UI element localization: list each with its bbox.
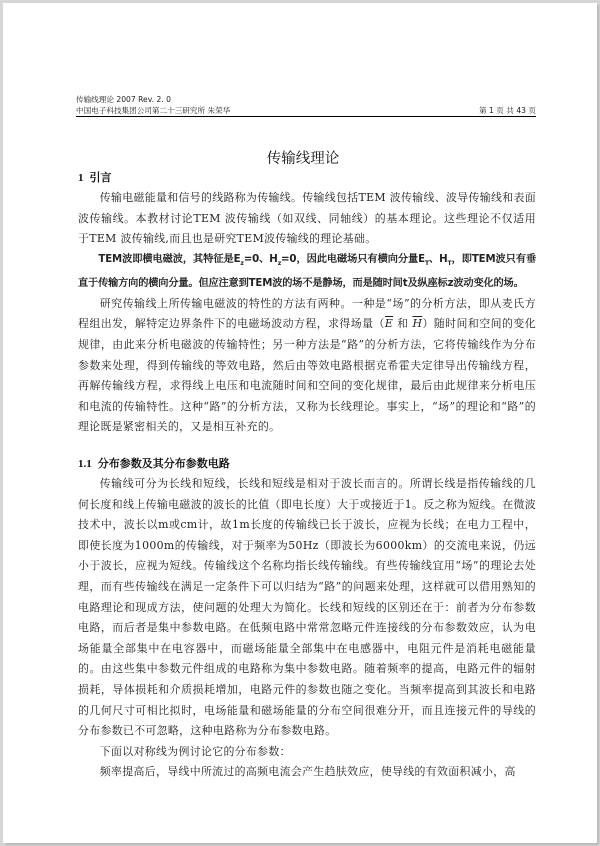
document-page: 传输线理论 2007 Rev. 2. 0 中国电子科技集团公司第二十三研究所 朱… bbox=[3, 3, 597, 843]
paragraph: 研究传输线上所传输电磁波的特性的方法有两种。一种是“场”的分析方法，即从麦氏方程… bbox=[78, 294, 536, 438]
header-line: 中国电子科技集团公司第二十三研究所 朱荣华 第 1 页 共 43 页 bbox=[76, 105, 536, 117]
paragraph: 传输电磁能量和信号的线路称为传输线。传输线包括TEM 波传输线、波导传输线和表面… bbox=[78, 188, 536, 250]
paragraph: 传输线可分为长线和短线，长线和短线是相对于波长而言的。所谓长线是指传输线的几何长… bbox=[78, 474, 536, 742]
page-header: 传输线理论 2007 Rev. 2. 0 中国电子科技集团公司第二十三研究所 朱… bbox=[76, 94, 536, 117]
section-number: 1.1 bbox=[78, 458, 92, 470]
section-title: 引言 bbox=[90, 171, 112, 184]
paragraph: 下面以对称线为例讨论它的分布参数： bbox=[78, 742, 536, 763]
document-body: 1引言 传输电磁能量和信号的线路称为传输线。传输线包括TEM 波传输线、波导传输… bbox=[78, 168, 536, 783]
document-title: 传输线理论 bbox=[3, 147, 600, 168]
header-organization: 中国电子科技集团公司第二十三研究所 朱荣华 bbox=[76, 105, 230, 116]
vector-h: H bbox=[412, 317, 422, 330]
section-heading-intro: 1引言 bbox=[78, 168, 536, 188]
vector-e: E bbox=[385, 317, 393, 330]
paragraph: 频率提高后，导线中所流过的高频电流会产生趋肤效应，使导线的有效面积减小，高 bbox=[78, 762, 536, 783]
section-title: 分布参数及其分布参数电路 bbox=[98, 457, 230, 470]
page-indicator: 第 1 页 共 43 页 bbox=[479, 105, 536, 116]
section-heading-distributed-params: 1.1分布参数及其分布参数电路 bbox=[78, 454, 536, 474]
section-number: 1 bbox=[78, 172, 84, 184]
header-doc-title: 传输线理论 2007 Rev. 2. 0 bbox=[76, 94, 536, 105]
bold-paragraph: TEM波即横电磁波，其特征是Ez=0、Hz=0，因此电磁场只有横向分量ET、HT… bbox=[78, 250, 536, 294]
